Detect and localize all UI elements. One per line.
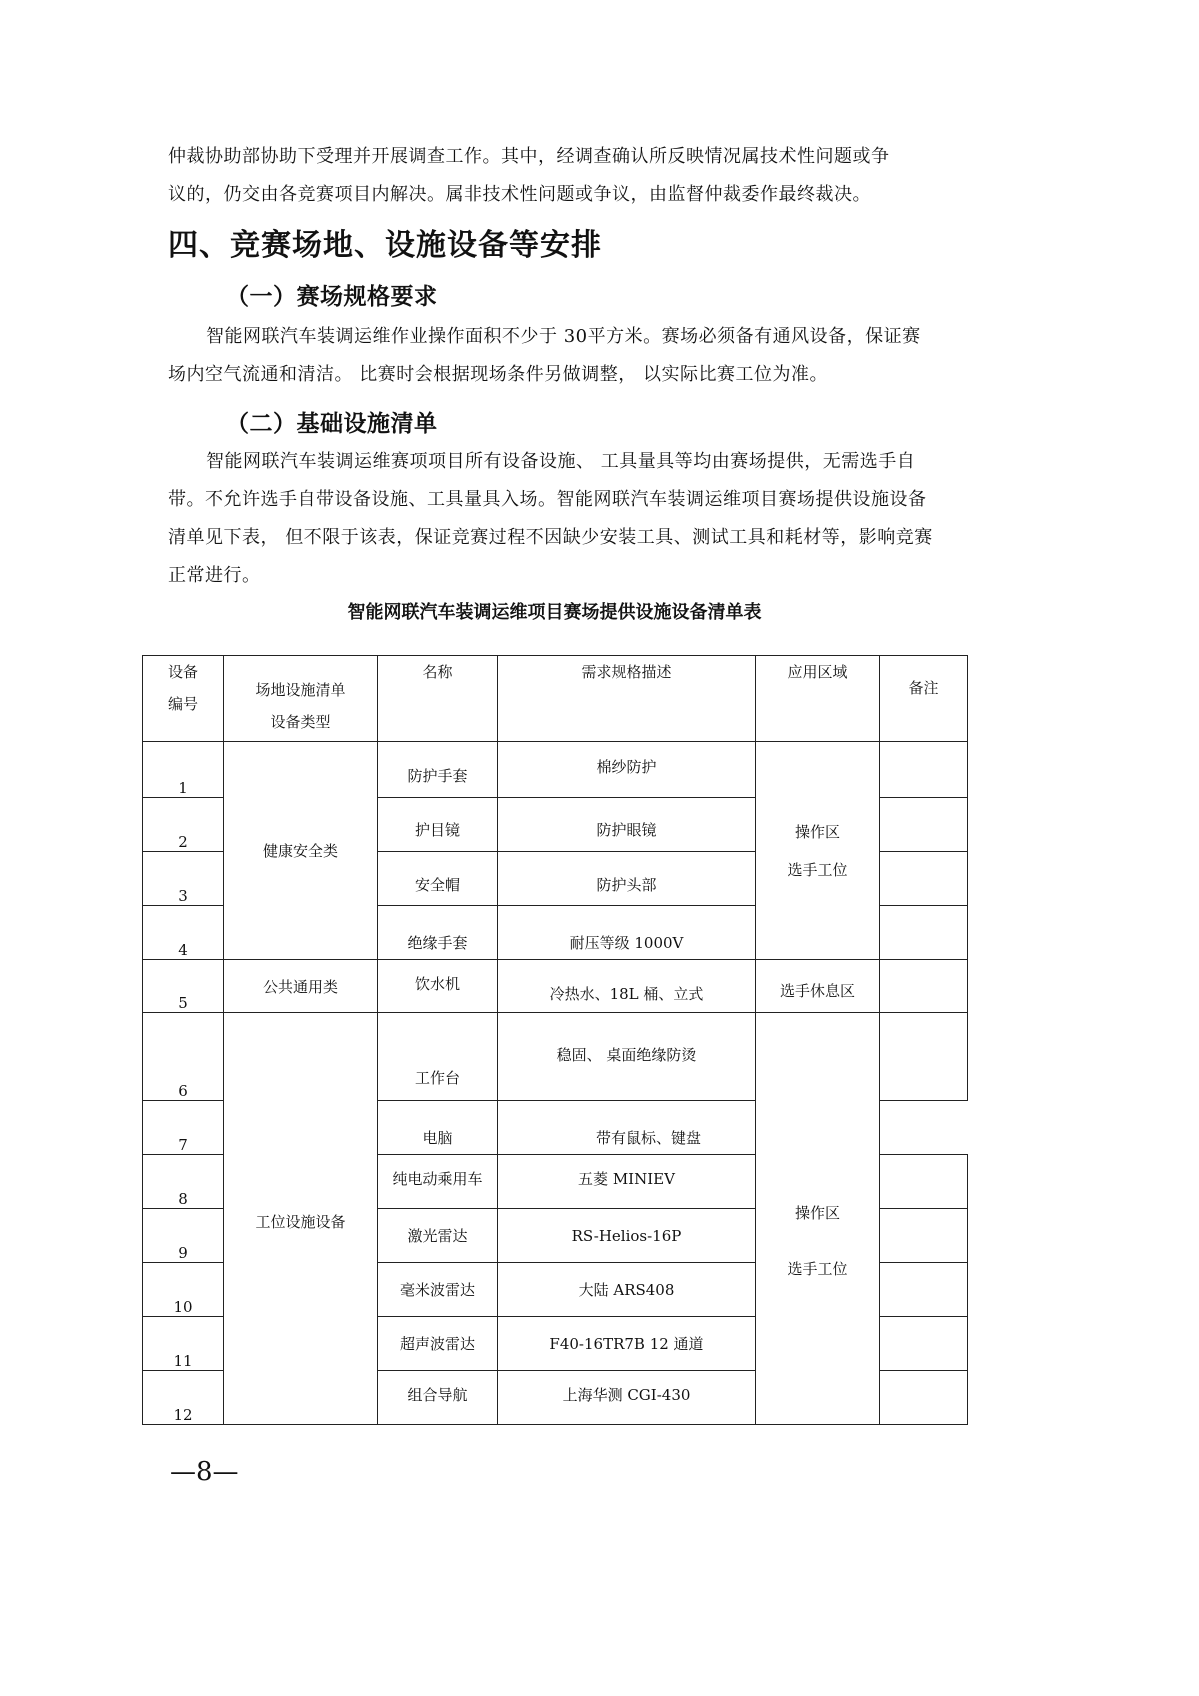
header-id: 设备编号 — [143, 656, 224, 742]
row-spec: 带有鼠标、键盘 — [498, 1101, 756, 1155]
row-id: 5 — [143, 960, 224, 1013]
row-name: 毫米波雷达 — [378, 1263, 498, 1317]
area-operate-station: 操作区选手工位 — [756, 1013, 880, 1425]
row-note — [880, 798, 968, 852]
row-note — [880, 852, 968, 906]
table-row: 6 工位设施设备 工作台 稳固、 桌面绝缘防烫 操作区选手工位 — [143, 1013, 968, 1101]
row-spec: F40-16TR7B 12 通道 — [498, 1317, 756, 1371]
row-name: 组合导航 — [378, 1371, 498, 1425]
row-name: 工作台 — [378, 1013, 498, 1101]
row-id: 3 — [143, 852, 224, 906]
table-row: 5 公共通用类 饮水机 冷热水、18L 桶、立式 选手休息区 — [143, 960, 968, 1013]
page-number: —8— — [170, 1457, 239, 1487]
row-name: 安全帽 — [378, 852, 498, 906]
group-station: 工位设施设备 — [224, 1013, 378, 1425]
row-id: 11 — [143, 1317, 224, 1371]
area-rest: 选手休息区 — [756, 960, 880, 1013]
row-name: 护目镜 — [378, 798, 498, 852]
row-note — [880, 1013, 968, 1101]
row-name: 饮水机 — [378, 960, 498, 1013]
intro-paragraph: 仲裁协助部协助下受理并开展调查工作。其中，经调查确认所反映情况属技术性问题或争 … — [168, 138, 938, 214]
row-note — [880, 906, 968, 960]
intro-line-2: 议的，仍交由各竞赛项目内解决。属非技术性问题或争议，由监督仲裁委作最终裁决。 — [168, 176, 938, 214]
row-id: 9 — [143, 1209, 224, 1263]
row-spec: 棉纱防护 — [498, 742, 756, 798]
row-name: 防护手套 — [378, 742, 498, 798]
row-spec: 五菱 MINIEV — [498, 1155, 756, 1209]
group-health: 健康安全类 — [224, 742, 378, 960]
row-id: 6 — [143, 1013, 224, 1101]
row-name: 绝缘手套 — [378, 906, 498, 960]
subsection-2-heading: （二）基础设施清单 — [226, 405, 438, 438]
intro-line-1: 仲裁协助部协助下受理并开展调查工作。其中，经调查确认所反映情况属技术性问题或争 — [168, 138, 938, 176]
section-heading: 四、竞赛场地、设施设备等安排 — [168, 220, 602, 264]
row-spec: 冷热水、18L 桶、立式 — [498, 960, 756, 1013]
row-name: 激光雷达 — [378, 1209, 498, 1263]
row-id: 10 — [143, 1263, 224, 1317]
table-row: 1 健康安全类 防护手套 棉纱防护 操作区选手工位 — [143, 742, 968, 798]
row-id: 2 — [143, 798, 224, 852]
subsection-2-text: 智能网联汽车装调运维赛项项目所有设备设施、 工具量具等均由赛场提供，无需选手自带… — [168, 443, 938, 595]
row-note — [880, 1371, 968, 1425]
subsection-1-heading: （一）赛场规格要求 — [226, 278, 438, 311]
row-spec: 上海华测 CGI-430 — [498, 1371, 756, 1425]
equipment-table: 设备编号 场地设施清单设备类型 名称 需求规格描述 应用区域 备注 1 健康安全… — [142, 655, 968, 1425]
header-note: 备注 — [880, 656, 968, 742]
row-name: 超声波雷达 — [378, 1317, 498, 1371]
row-note — [880, 1317, 968, 1371]
row-note — [880, 1209, 968, 1263]
header-type: 场地设施清单设备类型 — [224, 656, 378, 742]
row-spec: 耐压等级 1000V — [498, 906, 756, 960]
row-id: 8 — [143, 1155, 224, 1209]
row-spec: RS-Helios-16P — [498, 1209, 756, 1263]
header-name: 名称 — [378, 656, 498, 742]
table-title: 智能网联汽车装调运维项目赛场提供设施设备清单表 — [142, 598, 967, 624]
subsection-1-paragraph: 智能网联汽车装调运维作业操作面积不少于 30平方米。赛场必须备有通风设备，保证赛… — [168, 318, 938, 394]
group-public: 公共通用类 — [224, 960, 378, 1013]
header-area: 应用区域 — [756, 656, 880, 742]
row-name: 电脑 — [378, 1101, 498, 1155]
row-name: 纯电动乘用车 — [378, 1155, 498, 1209]
row-note — [880, 742, 968, 798]
header-spec: 需求规格描述 — [498, 656, 756, 742]
table-header-row: 设备编号 场地设施清单设备类型 名称 需求规格描述 应用区域 备注 — [143, 656, 968, 742]
row-note — [880, 960, 968, 1013]
row-id: 4 — [143, 906, 224, 960]
subsection-2-paragraph: 智能网联汽车装调运维赛项项目所有设备设施、 工具量具等均由赛场提供，无需选手自带… — [168, 443, 938, 595]
row-id: 1 — [143, 742, 224, 798]
area-operate: 操作区选手工位 — [756, 742, 880, 960]
row-spec: 稳固、 桌面绝缘防烫 — [498, 1013, 756, 1101]
row-spec: 防护眼镜 — [498, 798, 756, 852]
subsection-1-text: 智能网联汽车装调运维作业操作面积不少于 30平方米。赛场必须备有通风设备，保证赛… — [168, 318, 938, 394]
row-id: 12 — [143, 1371, 224, 1425]
row-note — [880, 1155, 968, 1209]
row-id: 7 — [143, 1101, 224, 1155]
row-spec: 防护头部 — [498, 852, 756, 906]
row-spec: 大陆 ARS408 — [498, 1263, 756, 1317]
row-note — [880, 1263, 968, 1317]
